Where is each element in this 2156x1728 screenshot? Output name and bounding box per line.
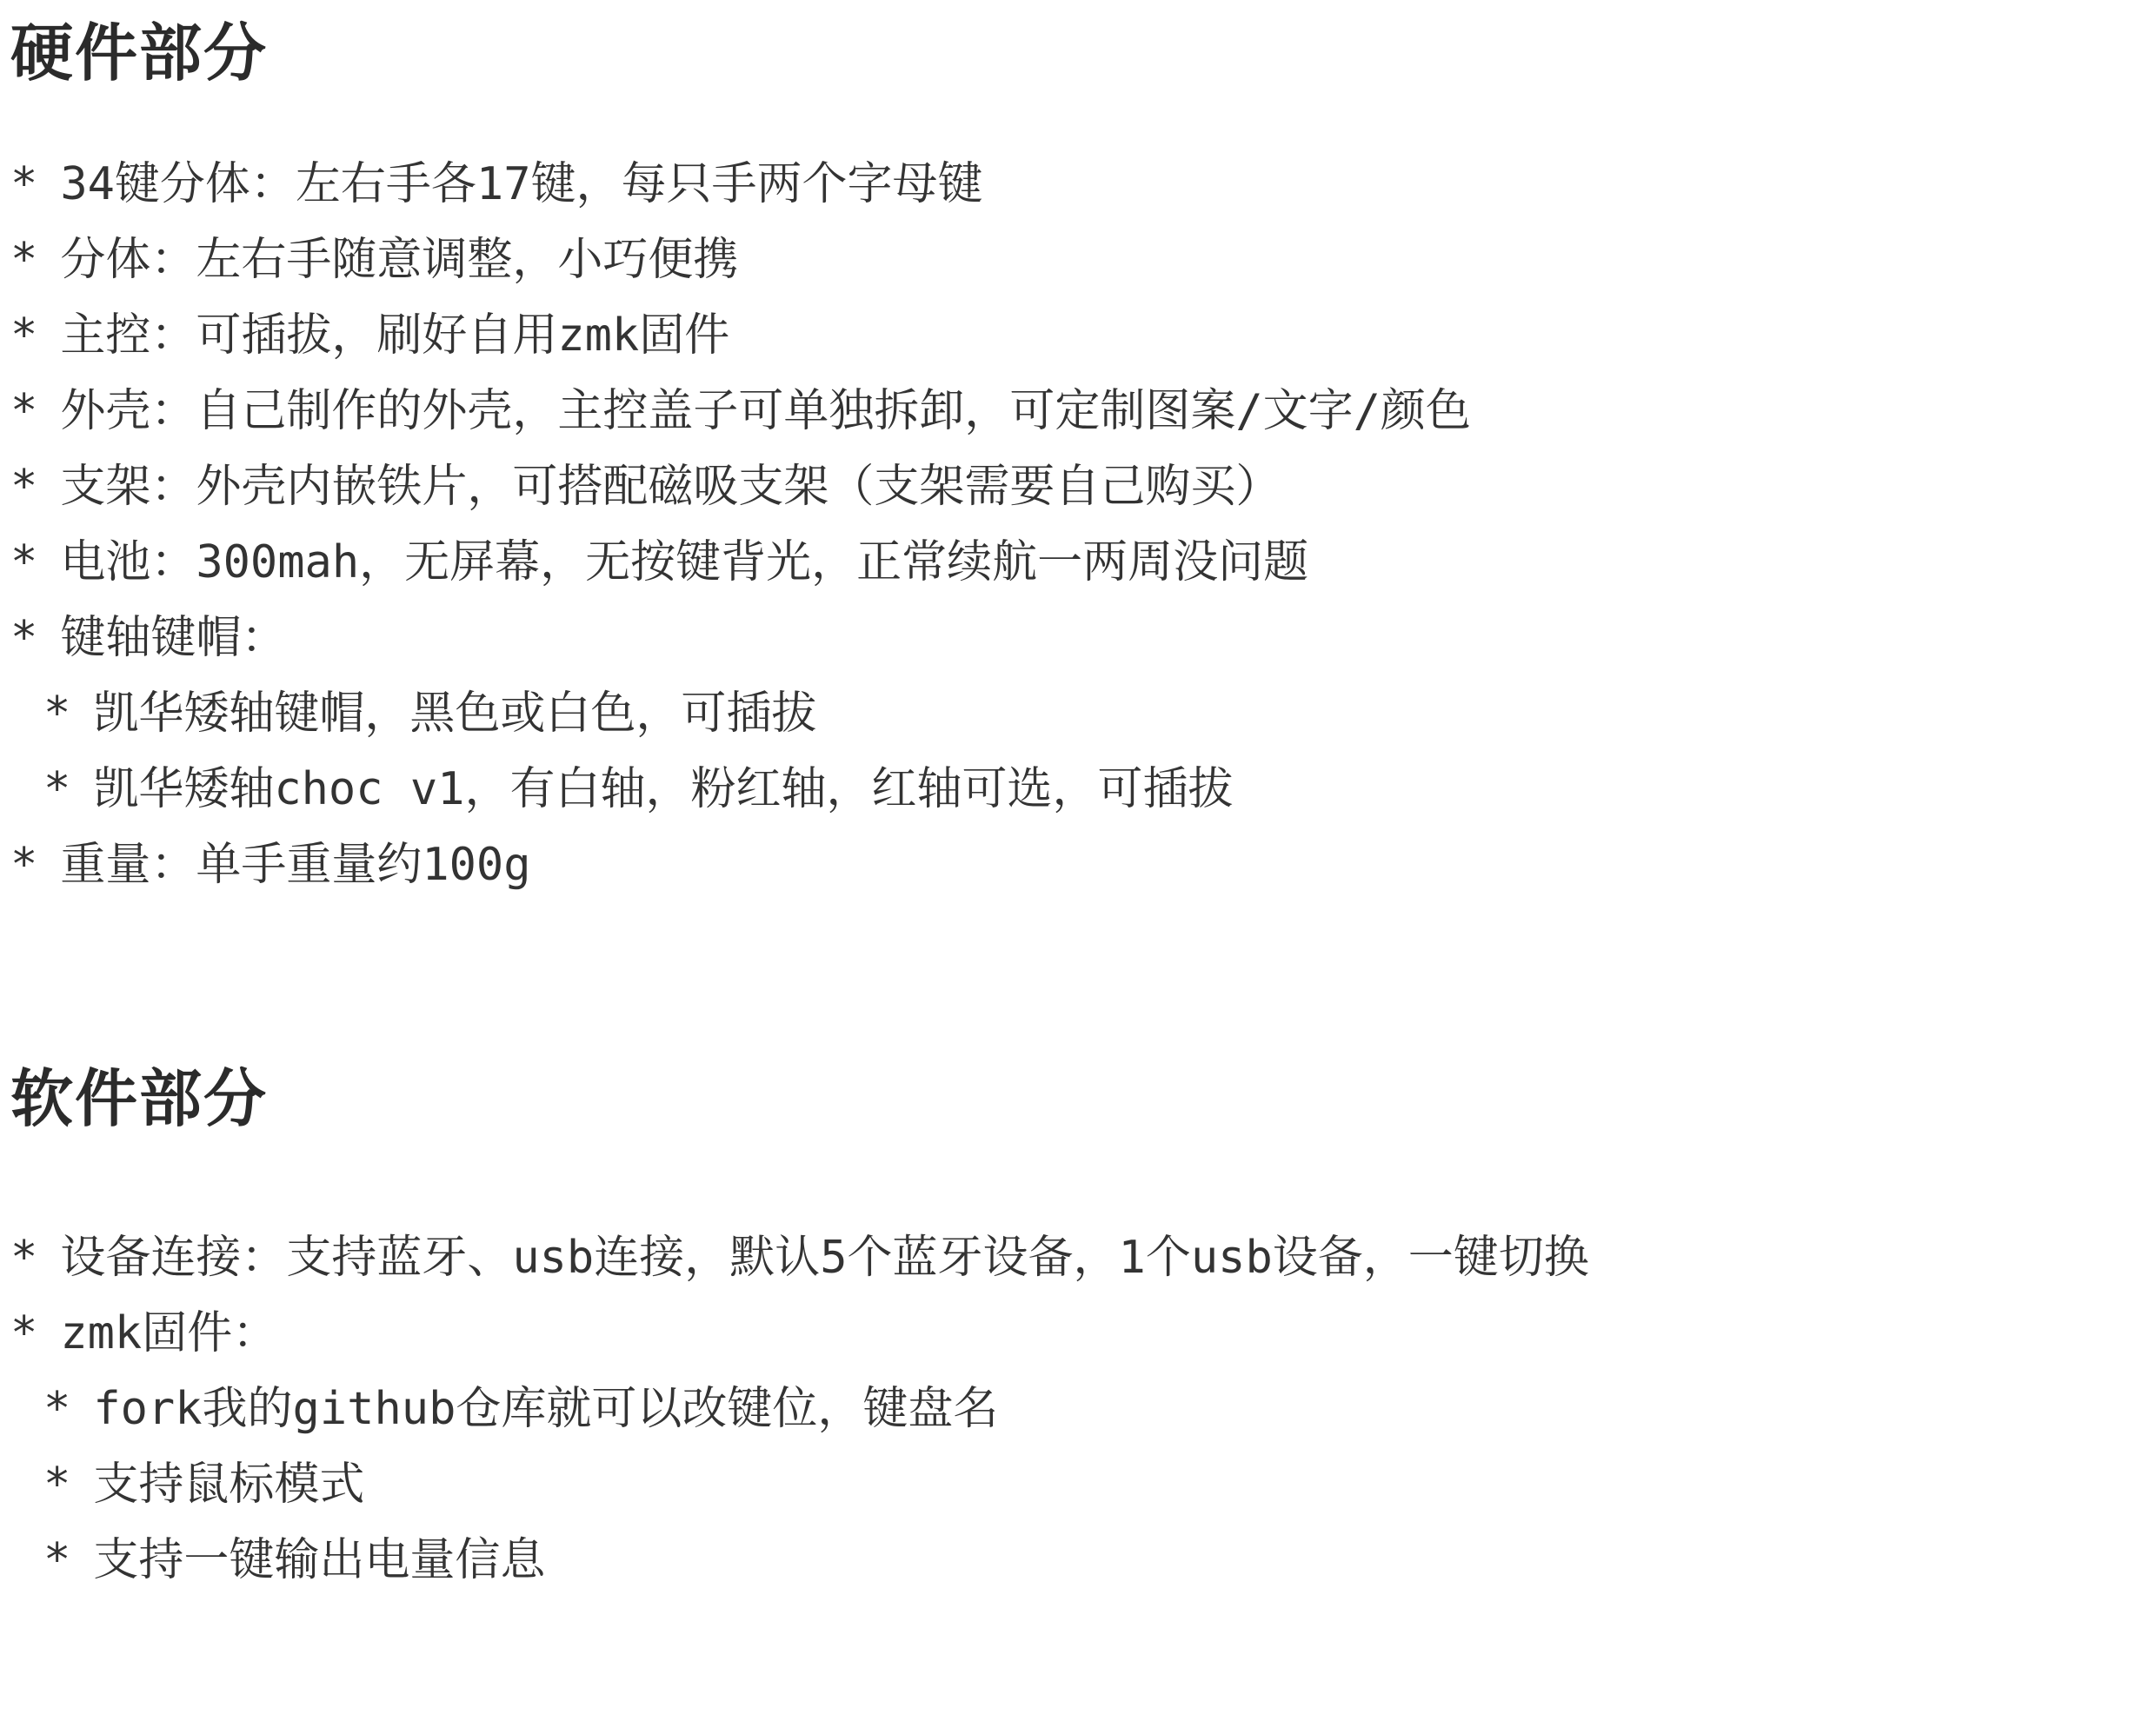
list-item-text: 支持一键输出电量信息 (93, 1534, 545, 1586)
list-item: *键轴键帽： (10, 601, 2121, 676)
section-title-hardware: 硬件部分 (10, 12, 2121, 95)
list-item-text: 34键分体：左右手各17键，每只手两个字母键 (60, 158, 982, 210)
list-item-text: 支持鼠标模式 (93, 1459, 364, 1511)
bullet-marker: * (43, 1447, 70, 1523)
list-item-nested: *凯华矮轴choc v1，有白轴，粉红轴，红轴可选，可插拔 (10, 752, 2121, 827)
section-title-software: 软件部分 (10, 1058, 2121, 1140)
bullet-marker: * (43, 676, 70, 752)
bullet-marker: * (10, 1296, 37, 1372)
bullet-marker: * (43, 752, 70, 827)
bullet-marker: * (10, 223, 37, 298)
list-item-text: 重量：单手重量约100g (60, 839, 530, 891)
bullet-marker: * (43, 1523, 70, 1598)
bullet-marker: * (10, 298, 37, 374)
list-item-text: 设备连接：支持蓝牙、usb连接，默认5个蓝牙设备，1个usb设备，一键切换 (60, 1232, 1588, 1284)
list-item-text: 凯华矮轴键帽，黑色或白色，可插拔 (93, 688, 816, 740)
list-item: *支架：外壳内嵌铁片，可搭配磁吸支架（支架需要自己购买） (10, 449, 2121, 525)
bullet-marker: * (10, 374, 37, 449)
list-item: *电池：300mah，无屏幕，无按键背光，正常续航一两周没问题 (10, 525, 2121, 601)
list-item-text: 键轴键帽： (60, 612, 286, 664)
bullet-marker: * (10, 601, 37, 676)
list-item-nested: *支持一键输出电量信息 (10, 1523, 2121, 1598)
list-item-nested: *凯华矮轴键帽，黑色或白色，可插拔 (10, 676, 2121, 752)
list-item: *重量：单手重量约100g (10, 827, 2121, 903)
list-item-nested: *fork我的github仓库就可以改键位，键盘名 (10, 1372, 2121, 1447)
list-item-text: 支架：外壳内嵌铁片，可搭配磁吸支架（支架需要自己购买） (60, 461, 1281, 513)
bullet-marker: * (10, 525, 37, 601)
list-item: *zmk固件： (10, 1296, 2121, 1372)
document: 硬件部分 *34键分体：左右手各17键，每只手两个字母键 *分体：左右手随意调整… (0, 0, 2156, 1598)
list-item-text: 凯华矮轴choc v1，有白轴，粉红轴，红轴可选，可插拔 (93, 763, 1233, 815)
list-item: *外壳：自己制作的外壳，主控盖子可单独拆卸，可定制图案/文字/颜色 (10, 374, 2121, 449)
bullet-marker: * (10, 147, 37, 223)
list-item-text: zmk固件： (60, 1307, 277, 1359)
list-item-text: 外壳：自己制作的外壳，主控盖子可单独拆卸，可定制图案/文字/颜色 (60, 385, 1471, 437)
list-item: *34键分体：左右手各17键，每只手两个字母键 (10, 147, 2121, 223)
list-item: *设备连接：支持蓝牙、usb连接，默认5个蓝牙设备，1个usb设备，一键切换 (10, 1220, 2121, 1296)
software-list: *设备连接：支持蓝牙、usb连接，默认5个蓝牙设备，1个usb设备，一键切换 *… (10, 1220, 2121, 1598)
list-item-text: 主控：可插拔，刷好自用zmk固件 (60, 309, 729, 362)
list-item: *主控：可插拔，刷好自用zmk固件 (10, 298, 2121, 374)
list-item-text: 电池：300mah，无屏幕，无按键背光，正常续航一两周没问题 (60, 536, 1308, 588)
list-item-text: fork我的github仓库就可以改键位，键盘名 (93, 1383, 998, 1435)
bullet-marker: * (10, 827, 37, 903)
hardware-list: *34键分体：左右手各17键，每只手两个字母键 *分体：左右手随意调整，小巧便携… (10, 147, 2121, 903)
list-item-nested: *支持鼠标模式 (10, 1447, 2121, 1523)
list-item-text: 分体：左右手随意调整，小巧便携 (60, 234, 738, 286)
bullet-marker: * (10, 1220, 37, 1296)
bullet-marker: * (10, 449, 37, 525)
bullet-marker: * (43, 1372, 70, 1447)
list-item: *分体：左右手随意调整，小巧便携 (10, 223, 2121, 298)
